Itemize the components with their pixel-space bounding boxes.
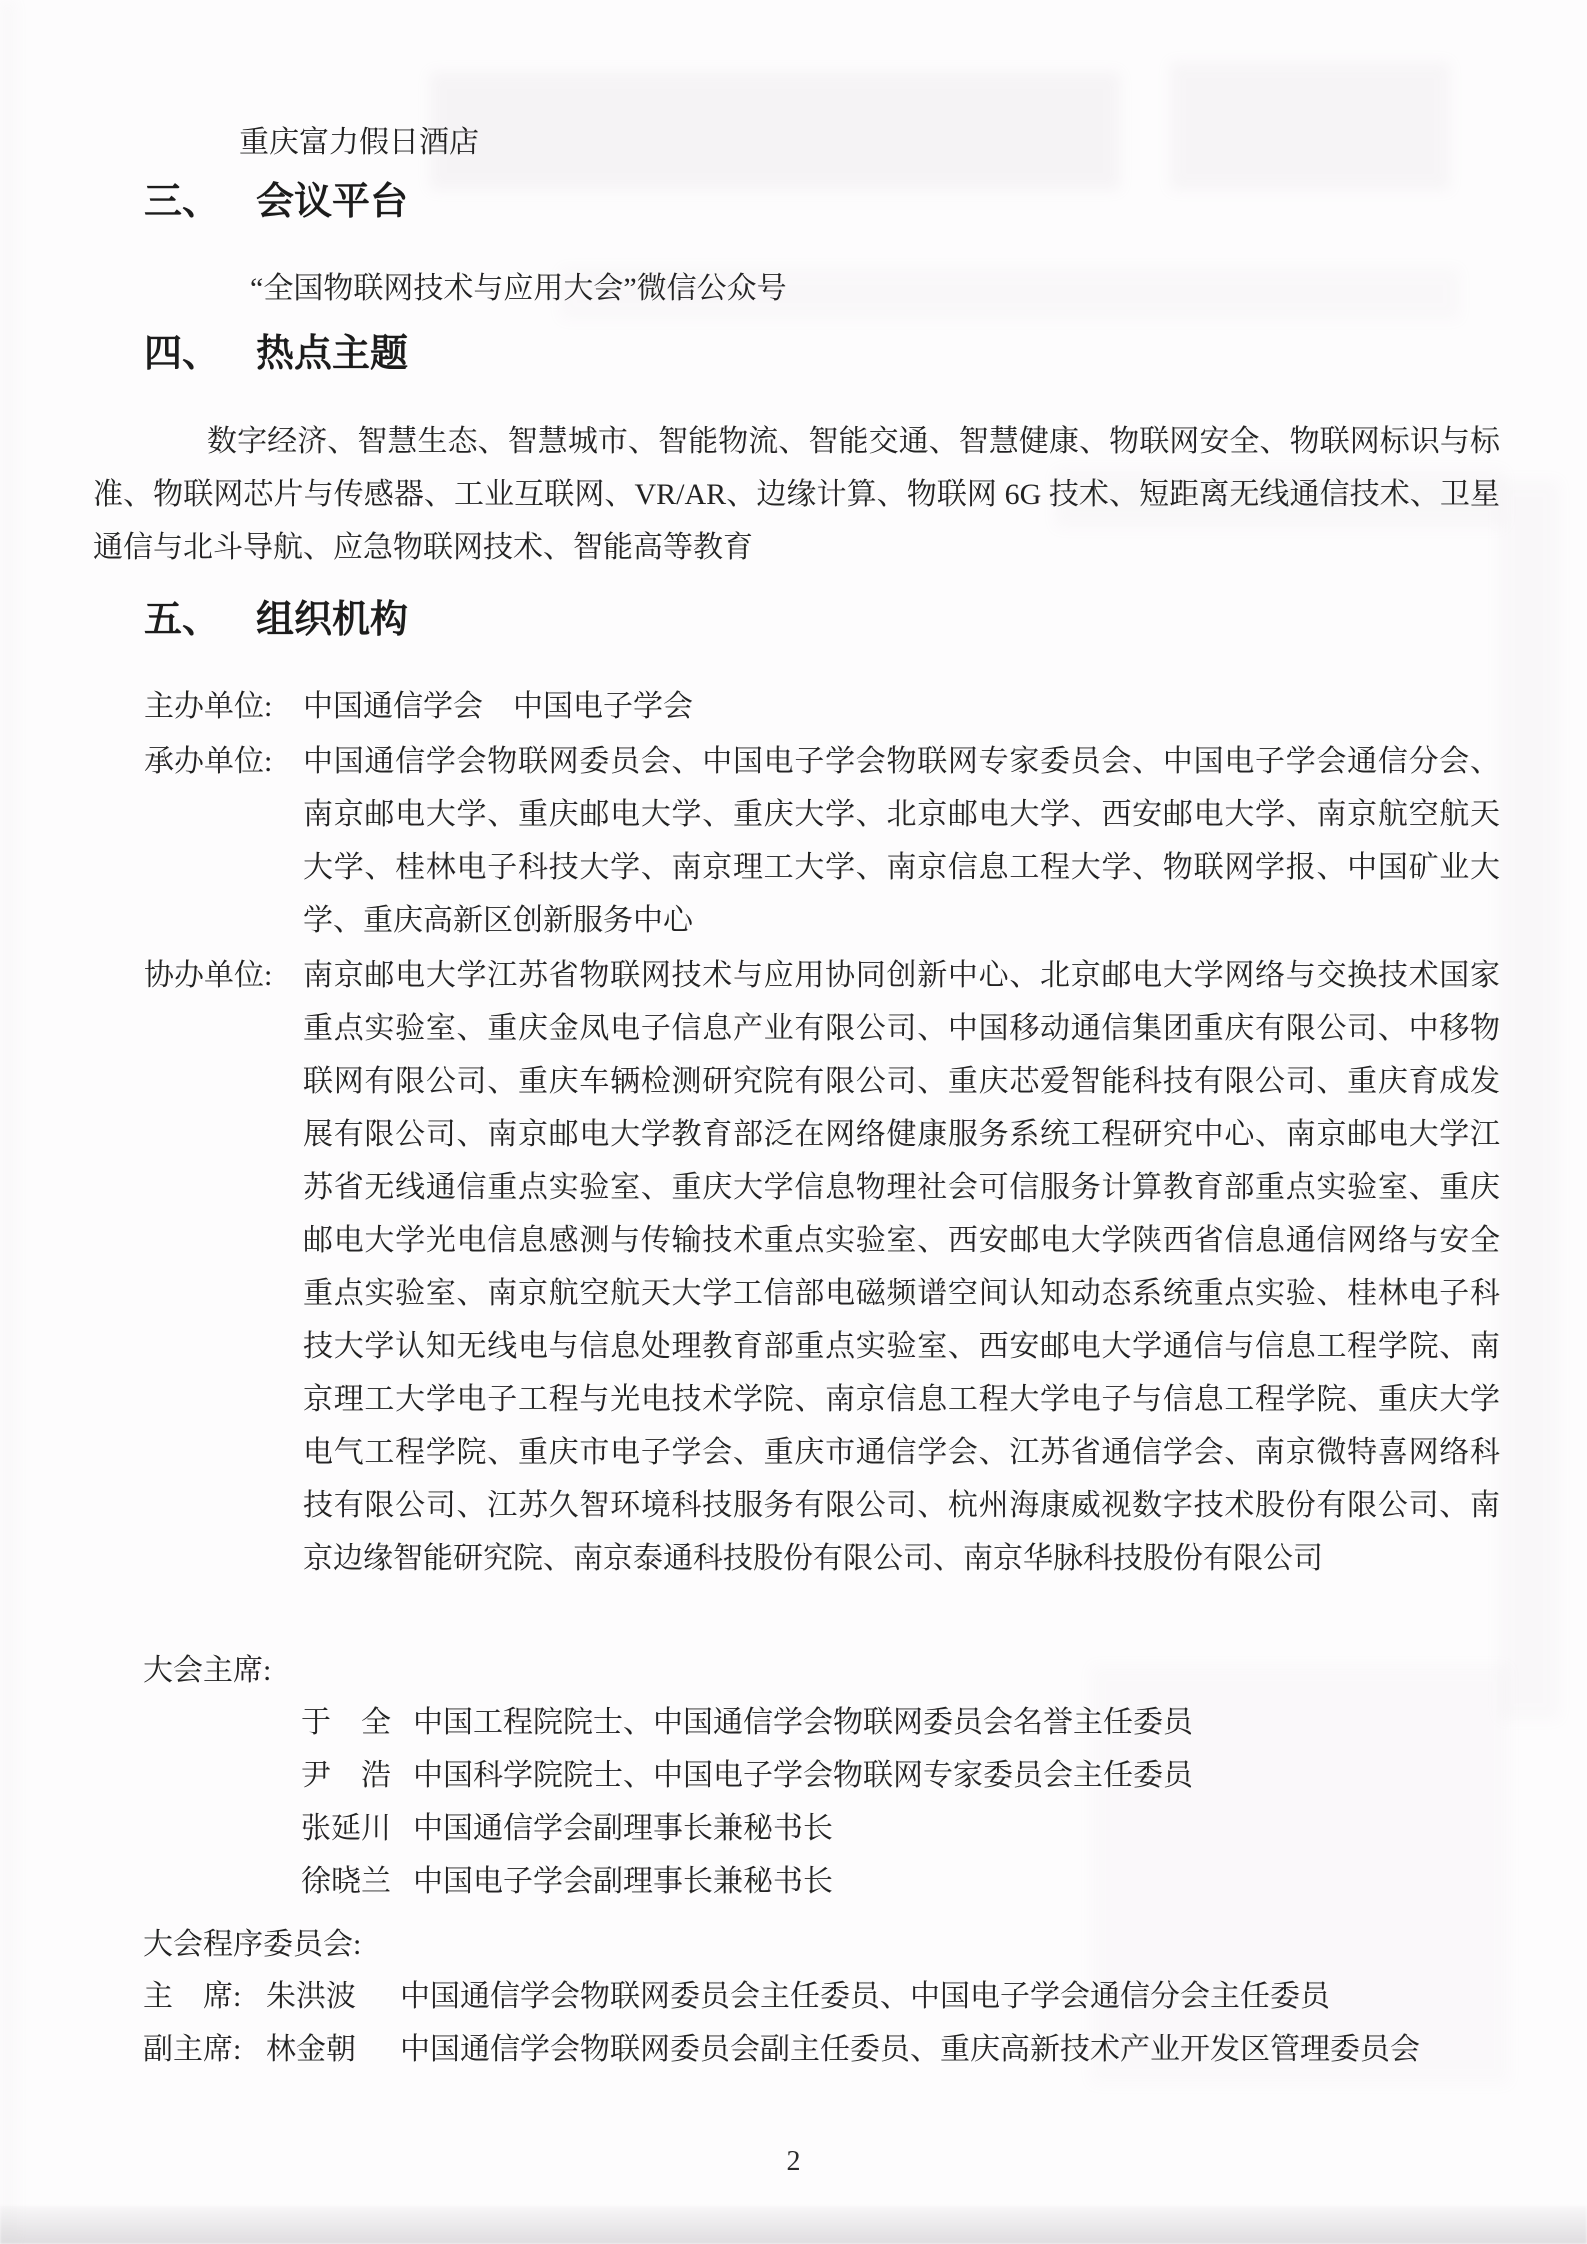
section-number: 三、	[144, 176, 256, 226]
org-entry-coorganizer: 协办单位: 南京邮电大学江苏省物联网技术与应用协同创新中心、北京邮电大学网络与交…	[93, 949, 1500, 1585]
section-title: 组织机构	[256, 597, 408, 641]
chair-name: 尹 浩	[301, 1749, 413, 1802]
platform-body: “全国物联网技术与应用大会”微信公众号	[0, 262, 1587, 315]
scan-artifact	[1498, 480, 1560, 1720]
chair-member: 尹 浩中国科学院院士、中国电子学会物联网专家委员会主任委员	[93, 1749, 1500, 1802]
org-entry-label: 承办单位:	[144, 735, 272, 788]
section-heading-topics: 四、热点主题	[0, 328, 1587, 378]
scan-edge-shadow	[0, 2206, 1587, 2244]
committee-name: 林金朝	[266, 2023, 400, 2076]
section-heading-platform: 三、会议平台	[0, 176, 1587, 226]
chairs-heading: 大会主席:	[93, 1645, 1500, 1696]
section-heading-organization: 五、组织机构	[0, 594, 1587, 644]
committee-member: 副主席:林金朝中国通信学会物联网委员会副主任委员、重庆高新技术产业开发区管理委员…	[93, 2023, 1500, 2076]
section-title: 热点主题	[256, 331, 408, 375]
chair-name: 张延川	[301, 1802, 413, 1855]
org-entry-content: 南京邮电大学江苏省物联网技术与应用协同创新中心、北京邮电大学网络与交换技术国家重…	[303, 959, 1500, 1575]
org-entry-content: 中国通信学会 中国电子学会	[303, 690, 693, 723]
chair-member: 张延川中国通信学会副理事长兼秘书长	[93, 1802, 1500, 1855]
committee-title: 中国通信学会物联网委员会副主任委员、重庆高新技术产业开发区管理委员会	[400, 2033, 1420, 2066]
committee-title: 中国通信学会物联网委员会主任委员、中国电子学会通信分会主任委员	[400, 1980, 1330, 2013]
topics-paragraph: 数字经济、智慧生态、智慧城市、智能物流、智能交通、智慧健康、物联网安全、物联网标…	[93, 415, 1500, 574]
program-committee-heading: 大会程序委员会:	[93, 1919, 1500, 1970]
chairs-section: 大会主席: 于 全中国工程院院士、中国通信学会物联网委员会名誉主任委员 尹 浩中…	[93, 1645, 1500, 1908]
section-title: 会议平台	[256, 179, 408, 223]
chair-title: 中国电子学会副理事长兼秘书长	[413, 1865, 833, 1898]
org-entry-label: 协办单位:	[144, 949, 272, 1002]
chair-title: 中国通信学会副理事长兼秘书长	[413, 1812, 833, 1845]
org-entry-content: 中国通信学会物联网委员会、中国电子学会物联网专家委员会、中国电子学会通信分会、南…	[303, 745, 1500, 937]
page-number: 2	[0, 2145, 1587, 2179]
chair-member: 于 全中国工程院院士、中国通信学会物联网委员会名誉主任委员	[93, 1696, 1500, 1749]
chair-member: 徐晓兰中国电子学会副理事长兼秘书长	[93, 1855, 1500, 1908]
org-entry-undertaker: 承办单位: 中国通信学会物联网委员会、中国电子学会物联网专家委员会、中国电子学会…	[93, 735, 1500, 947]
org-entry-label: 主办单位:	[144, 680, 272, 733]
program-committee-section: 大会程序委员会: 主 席:朱洪波中国通信学会物联网委员会主任委员、中国电子学会通…	[93, 1919, 1500, 2076]
chair-title: 中国工程院院士、中国通信学会物联网委员会名誉主任委员	[413, 1706, 1193, 1739]
committee-role-label: 主 席:	[143, 1970, 266, 2023]
venue-line: 重庆富力假日酒店	[0, 116, 1587, 169]
organization-list: 主办单位: 中国通信学会 中国电子学会 承办单位: 中国通信学会物联网委员会、中…	[93, 680, 1500, 1587]
chair-name: 徐晓兰	[301, 1855, 413, 1908]
section-number: 四、	[144, 328, 256, 378]
committee-member: 主 席:朱洪波中国通信学会物联网委员会主任委员、中国电子学会通信分会主任委员	[93, 1970, 1500, 2023]
org-entry-host: 主办单位: 中国通信学会 中国电子学会	[93, 680, 1500, 733]
chair-name: 于 全	[301, 1696, 413, 1749]
committee-role-label: 副主席:	[143, 2023, 266, 2076]
chair-title: 中国科学院院士、中国电子学会物联网专家委员会主任委员	[413, 1759, 1193, 1792]
committee-name: 朱洪波	[266, 1970, 400, 2023]
document-page: 重庆富力假日酒店 三、会议平台 “全国物联网技术与应用大会”微信公众号 四、热点…	[0, 0, 1587, 2244]
section-number: 五、	[144, 594, 256, 644]
